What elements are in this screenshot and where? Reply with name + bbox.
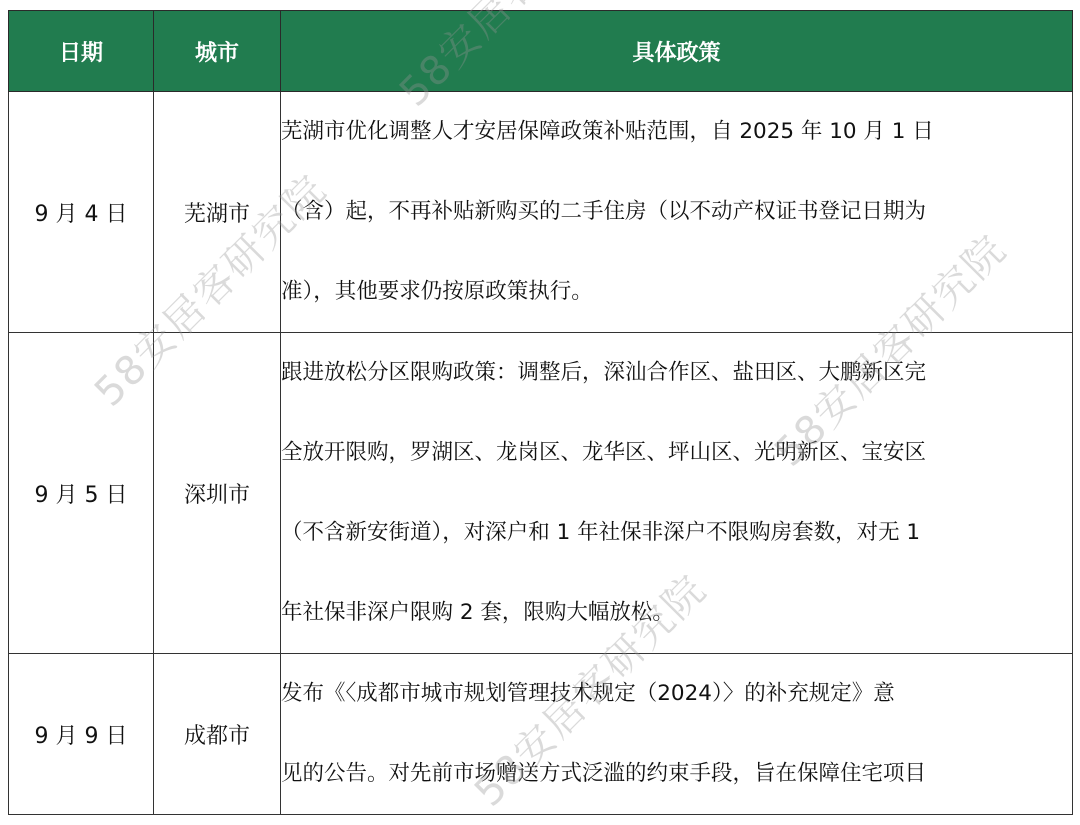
column-header-policy: 具体政策 [281,11,1073,92]
policy-line: 全放开限购，罗湖区、龙岗区、龙华区、坪山区、光明新区、宝安区 [281,413,1072,493]
policy-line: （含）起，不再补贴新购买的二手住房（以不动产权证书登记日期为 [281,172,1072,252]
policy-cell: 跟进放松分区限购政策：调整后，深汕合作区、盐田区、大鹏新区完 全放开限购，罗湖区… [281,333,1073,654]
table-row: 9 月 4 日 芜湖市 芜湖市优化调整人才安居保障政策补贴范围，自 2025 年… [9,92,1073,333]
date-cell: 9 月 9 日 [9,654,154,815]
policy-line: 芜湖市优化调整人才安居保障政策补贴范围，自 2025 年 10 月 1 日 [281,92,1072,172]
date-cell: 9 月 4 日 [9,92,154,333]
date-cell: 9 月 5 日 [9,333,154,654]
policy-line: 跟进放松分区限购政策：调整后，深汕合作区、盐田区、大鹏新区完 [281,333,1072,413]
table-row: 9 月 9 日 成都市 发布《〈成都市城市规划管理技术规定（2024）〉的补充规… [9,654,1073,815]
table-row: 9 月 5 日 深圳市 跟进放松分区限购政策：调整后，深汕合作区、盐田区、大鹏新… [9,333,1073,654]
policy-line: 准），其他要求仍按原政策执行。 [281,252,1072,332]
table-header-row: 日期 城市 具体政策 [9,11,1073,92]
policy-line: 年社保非深户限购 2 套，限购大幅放松。 [281,573,1072,653]
policy-line: （不含新安街道），对深户和 1 年社保非深户不限购房套数，对无 1 [281,493,1072,573]
city-cell: 成都市 [154,654,281,815]
city-cell: 深圳市 [154,333,281,654]
city-cell: 芜湖市 [154,92,281,333]
policy-cell: 芜湖市优化调整人才安居保障政策补贴范围，自 2025 年 10 月 1 日 （含… [281,92,1073,333]
column-header-date: 日期 [9,11,154,92]
policy-cell: 发布《〈成都市城市规划管理技术规定（2024）〉的补充规定》意 见的公告。对先前… [281,654,1073,815]
policy-line: 发布《〈成都市城市规划管理技术规定（2024）〉的补充规定》意 [281,654,1072,734]
policy-table: 日期 城市 具体政策 9 月 4 日 芜湖市 芜湖市优化调整人才安居保障政策补贴… [8,10,1073,815]
policy-line: 见的公告。对先前市场赠送方式泛滥的约束手段，旨在保障住宅项目 [281,734,1072,814]
column-header-city: 城市 [154,11,281,92]
